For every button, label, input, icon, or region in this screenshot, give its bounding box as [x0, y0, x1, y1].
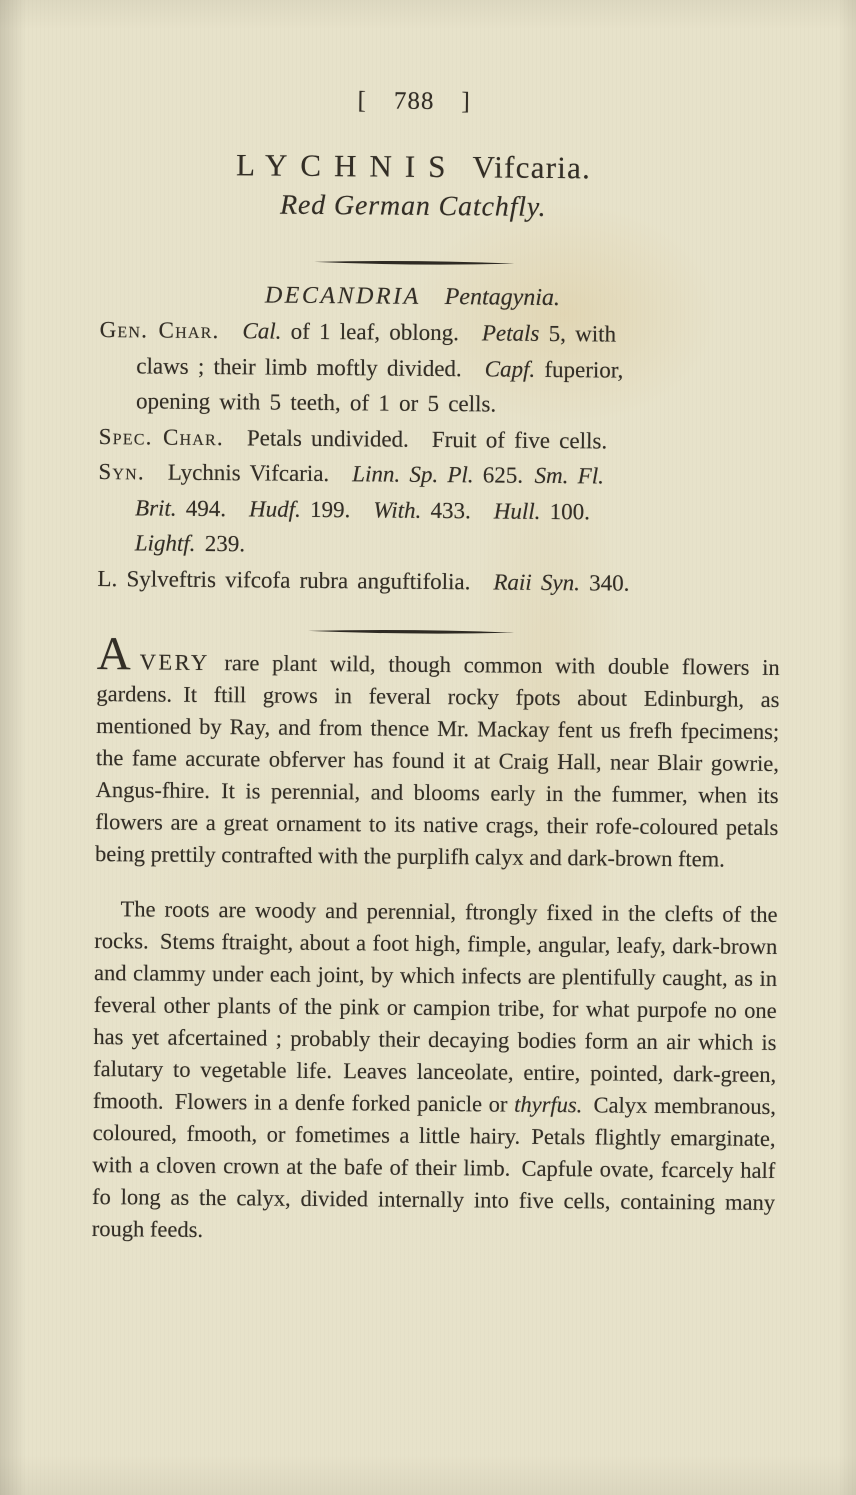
generic-character: Gen. Char. Cal. of 1 leaf, oblong. Petal… — [99, 312, 783, 424]
scanned-book-page: [ 788 ] LYCHNISVifcaria. Red German Catc… — [0, 0, 856, 1495]
page-number: [ 788 ] — [102, 85, 785, 119]
section-divider-rule — [307, 627, 513, 637]
drop-cap-initial: A — [97, 628, 140, 680]
lead-caps: VERY — [140, 649, 212, 675]
specific-character: Spec. Char. Petals undivided. Fruit of f… — [99, 419, 782, 460]
page-subtitle: Red German Catchfly. — [101, 188, 784, 226]
page-title: LYCHNISVifcaria. — [101, 146, 784, 188]
synonym-references: Syn. Lychnis Vifcaria. Linn. Sp. Pl. 625… — [98, 454, 782, 566]
page-content: [ 788 ] LYCHNISVifcaria. Red German Catc… — [91, 0, 785, 1273]
body-paragraph-1: AVERY rare plant wild, though common wit… — [95, 646, 780, 876]
body-paragraph-1-text: rare plant wild, though common with doub… — [95, 650, 780, 871]
section-divider-rule — [314, 258, 514, 268]
title-species: Vifcaria. — [472, 149, 591, 185]
body-paragraph-2: The roots are woody and perennial, ftron… — [92, 893, 778, 1251]
title-genus: LYCHNIS — [236, 147, 459, 184]
classification-heading: DECANDRIA Pentagynia. — [100, 281, 783, 314]
character-block: Gen. Char. Cal. of 1 leaf, oblong. Petal… — [97, 312, 782, 602]
synonym-latin: L. Sylveftris vifcofa rubra anguftifolia… — [97, 561, 780, 602]
